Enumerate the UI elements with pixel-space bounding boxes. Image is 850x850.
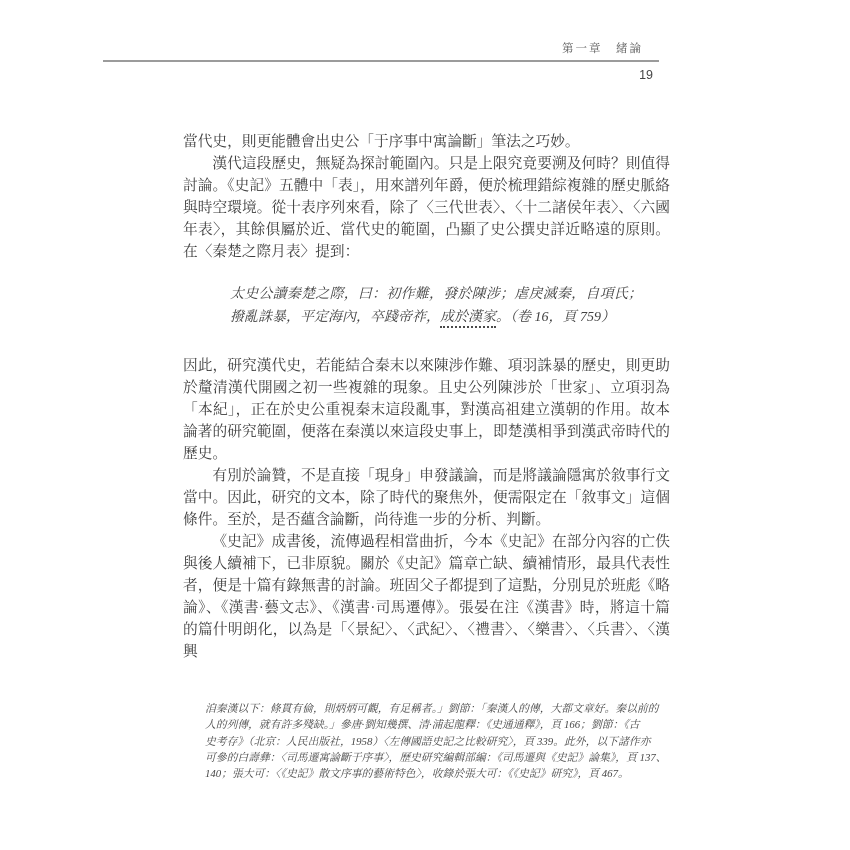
body-paragraph: 漢代這段歷史，無疑為探討範圍內。只是上限究竟要溯及何時？則值得討論。《史記》五體… — [183, 153, 670, 263]
body-paragraph: 當代史，則更能體會出史公「于序事中寓論斷」筆法之巧妙。 — [183, 131, 670, 153]
footnote-block: 洎秦漢以下：條貫有倫，則炳炳可觀，有足稱者。」劉節：「秦漢人的傳，大都文章好。秦… — [205, 701, 673, 782]
footnote-line: 史考存》（北京：人民出版社，1958）〈左傳國語史記之比較研究〉，頁 339。此… — [205, 734, 673, 750]
body-paragraph: 有別於論贊，不是直接「現身」申發議論，而是將議論隱寓於敘事行文當中。因此，研究的… — [183, 465, 670, 531]
body-paragraph: 《史記》成書後，流傳過程相當曲折，今本《史記》在部分內容的亡佚與後人續補下，已非… — [183, 531, 670, 663]
body-paragraph: 因此，研究漢代史，若能結合秦末以來陳涉作難、項羽誅暴的歷史，則更助於釐清漢代開國… — [183, 355, 670, 465]
running-header: 第一章 緒論 19 — [103, 40, 659, 82]
header-rule — [103, 60, 659, 62]
body-text-column: 當代史，則更能體會出史公「于序事中寓論斷」筆法之巧妙。 漢代這段歷史，無疑為探討… — [183, 131, 670, 663]
page-number: 19 — [103, 68, 659, 82]
footnote-line: 人的列傳，就有許多殘缺。」參唐·劉知幾撰、清·浦起龍釋：《史通通釋》，頁 166… — [205, 717, 673, 733]
quote-citation: 。（卷 16，頁 759） — [496, 310, 615, 325]
footnote-line: 140；張大可：〈《史記》散文序事的藝術特色〉，收錄於張大可：《《史記》研究》，… — [205, 766, 673, 782]
block-quote: 太史公讀秦楚之際，曰：初作難，發於陳涉；虐戾滅秦，自項氏；撥亂誅暴，平定海內，卒… — [230, 283, 642, 329]
quote-emphasis-text: 成於漢家 — [440, 310, 496, 328]
book-page: 第一章 緒論 19 當代史，則更能體會出史公「于序事中寓論斷」筆法之巧妙。 漢代… — [0, 0, 850, 850]
footnote-line: 可參的白壽彝：〈司馬遷寓論斷于序事〉，歷史研究編輯部編：《司馬遷與《史記》論集》… — [205, 750, 673, 766]
footnote-line: 洎秦漢以下：條貫有倫，則炳炳可觀，有足稱者。」劉節：「秦漢人的傳，大都文章好。秦… — [205, 701, 673, 717]
chapter-title: 第一章 緒論 — [103, 40, 659, 56]
